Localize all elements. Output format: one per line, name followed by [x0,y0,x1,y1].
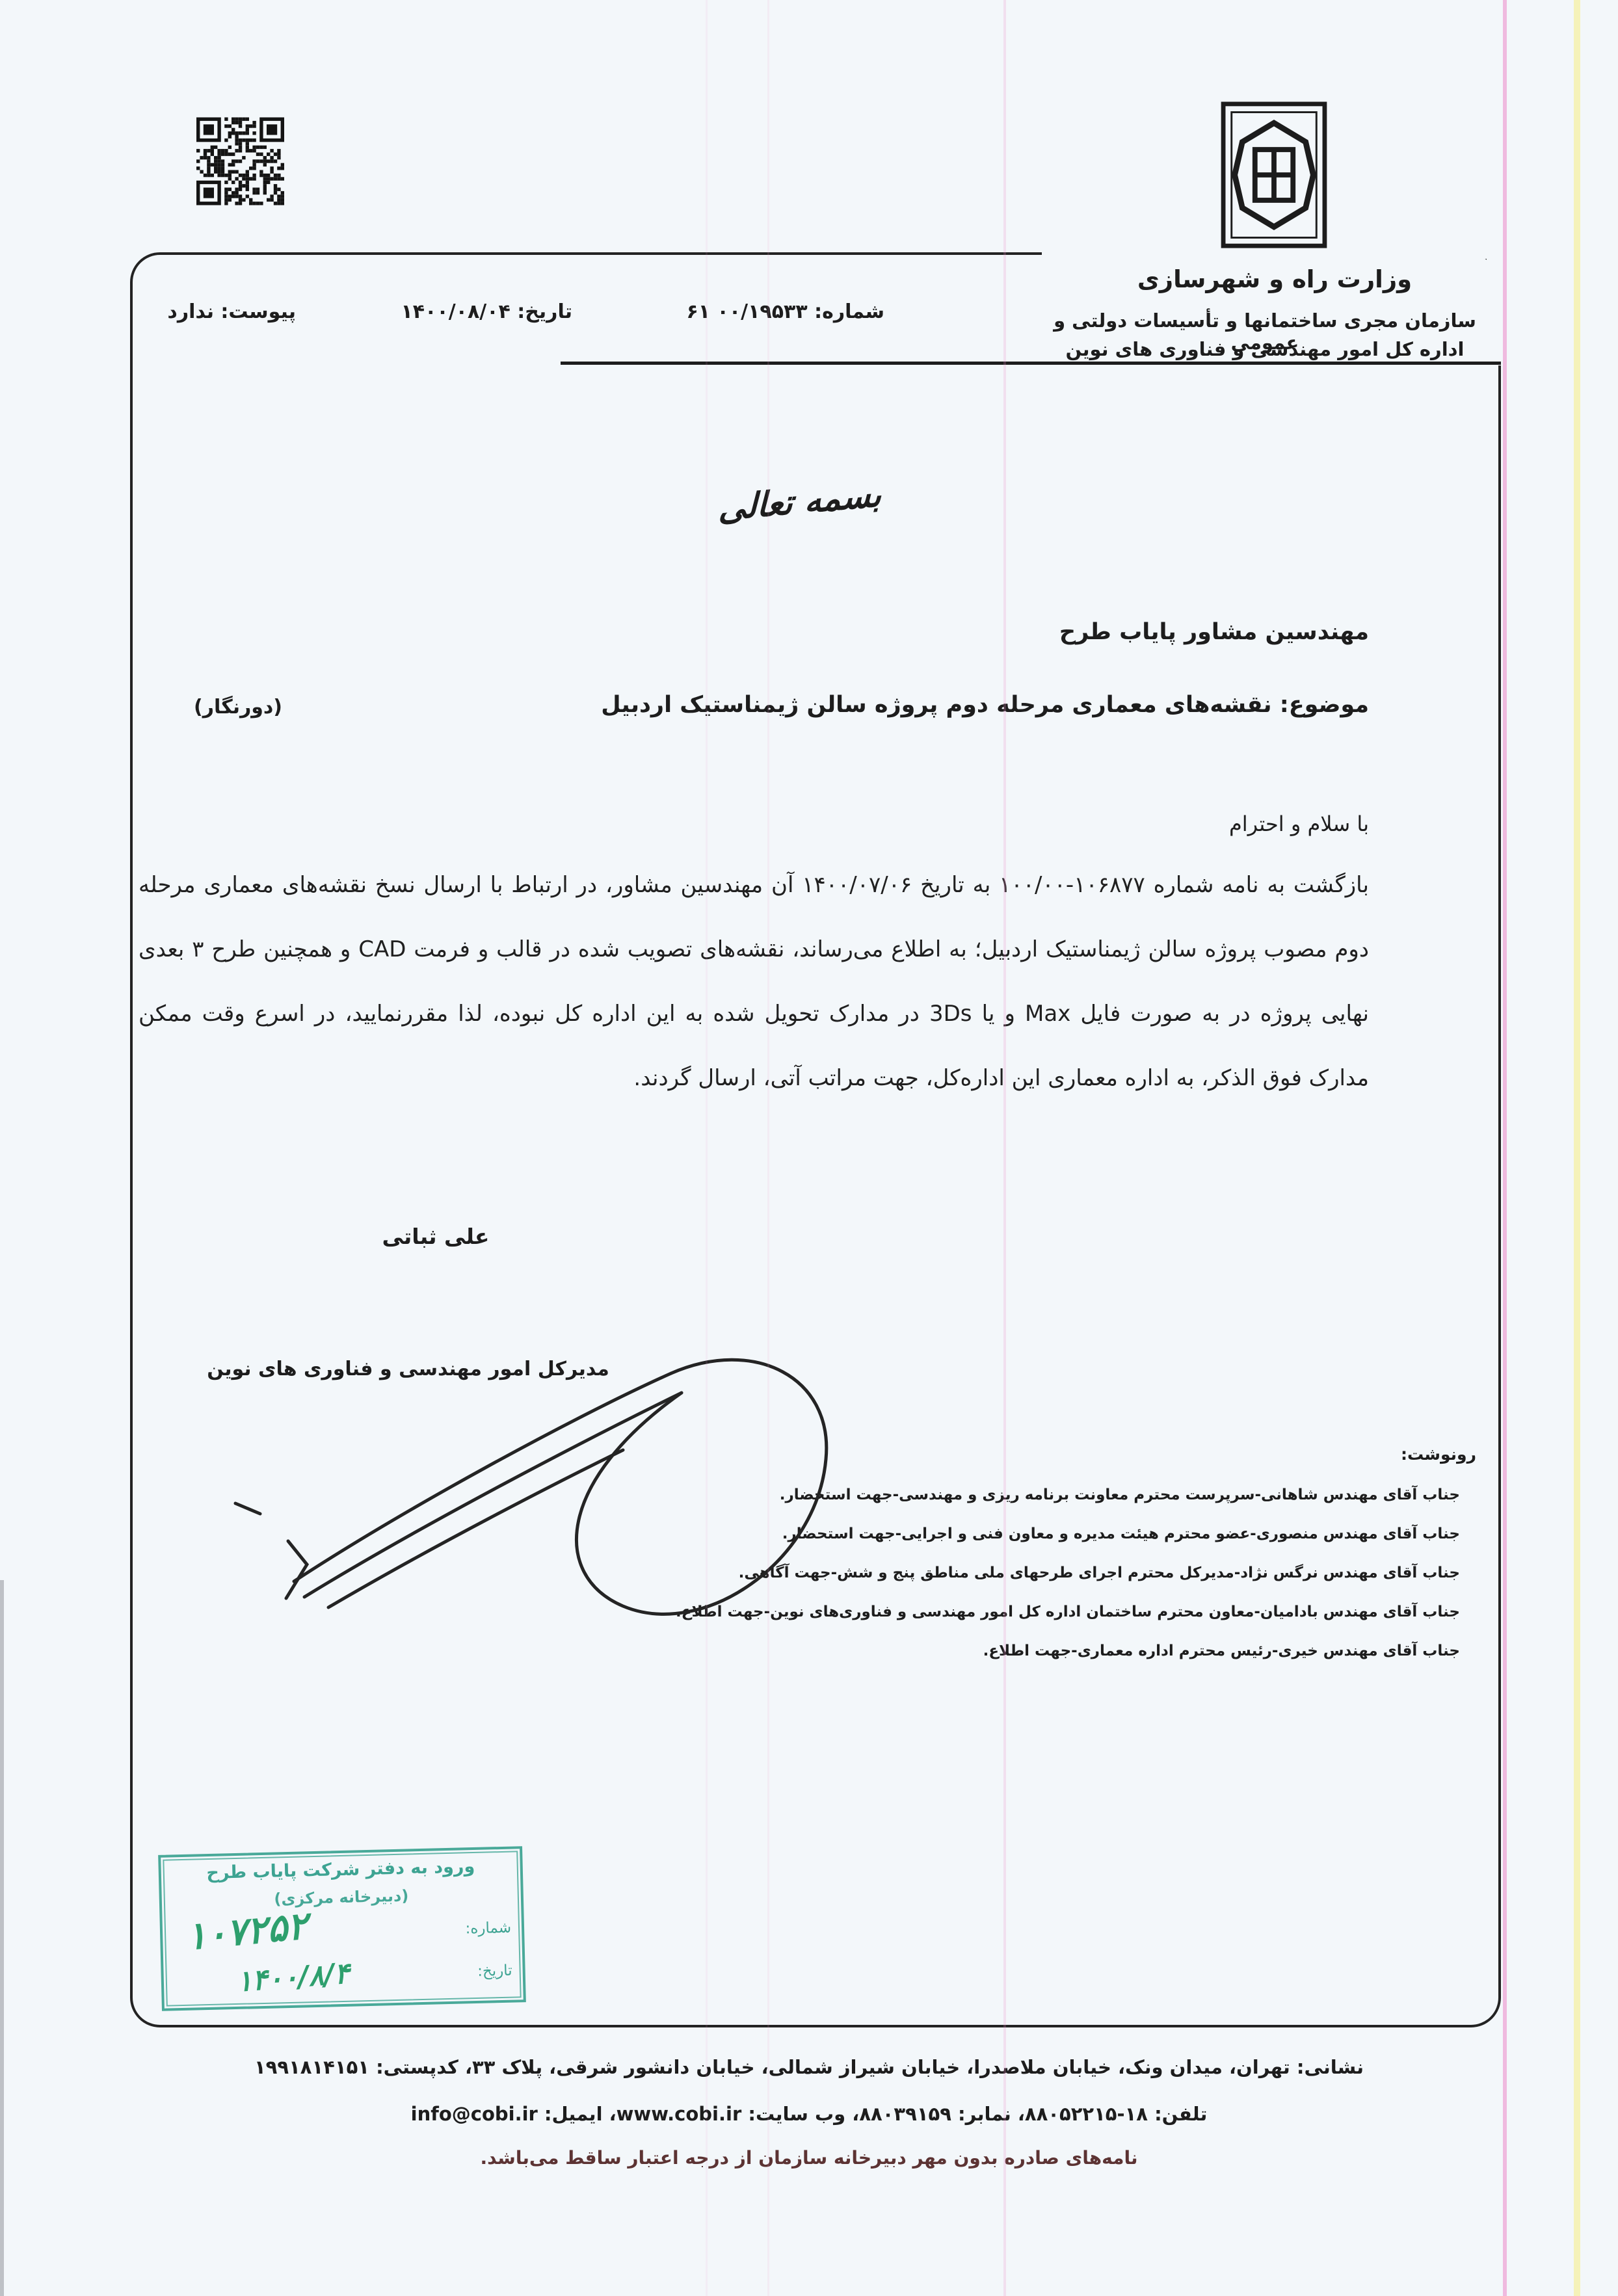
qr-code-icon [196,116,284,207]
stamp-number-label: شماره: [465,1920,511,1938]
frame-top-gap [1042,247,1507,259]
letter-number-field: شماره: ۰۰/۱۹۵۳۳ ۶۱ [686,300,884,323]
letter-body-paragraph: بازگشت به نامه شماره ۱۰۶۸۷۷-۱۰۰/۰۰ به تا… [139,853,1369,1111]
recipient-line: مهندسین مشاور پایاب طرح [1059,619,1369,645]
footer-validity-note: نامه‌های صادره بدون مهر دبیرخانه سازمان … [0,2147,1618,2169]
scan-streak [1574,0,1580,2296]
subject-line: موضوع: نقشه‌های معماری مرحله دوم پروژه س… [601,692,1369,718]
footer-address: نشانی: تهران، میدان ونک، خیابان ملاصدرا،… [0,2056,1618,2078]
ministry-title: وزارت راه و شهرسازی [1106,265,1444,293]
letter-date-field: تاریخ: ۱۴۰۰/۰۸/۰۴ [401,300,572,323]
cc-label: رونوشت: [1401,1445,1476,1464]
fax-note: (دورنگار) [194,696,282,719]
salutation-line: با سلام و احترام [1229,812,1369,836]
scanned-letter-page: وزارت راه و شهرسازی سازمان مجری ساختمانه… [0,0,1618,2296]
header-divider-rule [561,362,1501,365]
frame-right-gap [1487,247,1505,365]
cc-item: جناب آقای مهندس شاهانی-سرپرست محترم معاو… [780,1486,1460,1503]
stamp-date-label: تاریخ: [477,1962,512,1980]
ministry-emblem-icon [1221,101,1327,248]
attachment-field: پیوست: ندارد [167,300,296,323]
department-title: اداره کل امور مهندسی و فناوری های نوین [1041,338,1489,360]
scan-edge-artifact [0,1580,4,2296]
cc-item: جناب آقای مهندس نرگس نژاد-مدیرکل محترم ا… [739,1564,1460,1581]
cc-item: جناب آقای مهندس منصوری-عضو محترم هیئت مد… [782,1525,1460,1542]
cc-item: جناب آقای مهندس بادامیان-معاون محترم ساخ… [676,1603,1460,1620]
signer-title: مدیرکل امور مهندسی و فناوری های نوین [198,1358,618,1380]
received-stamp: ورود به دفتر شرکت پایاب طرح (دبیرخانه مر… [158,1846,526,2011]
signer-name: علی ثباتی [364,1224,507,1249]
cc-item: جناب آقای مهندس خیری-رئیس محترم اداره مع… [983,1643,1460,1659]
footer-contact: تلفن: ۱۸-۸۸۰۵۲۲۱۵، نمابر: ۸۸۰۳۹۱۵۹، وب س… [0,2103,1618,2125]
